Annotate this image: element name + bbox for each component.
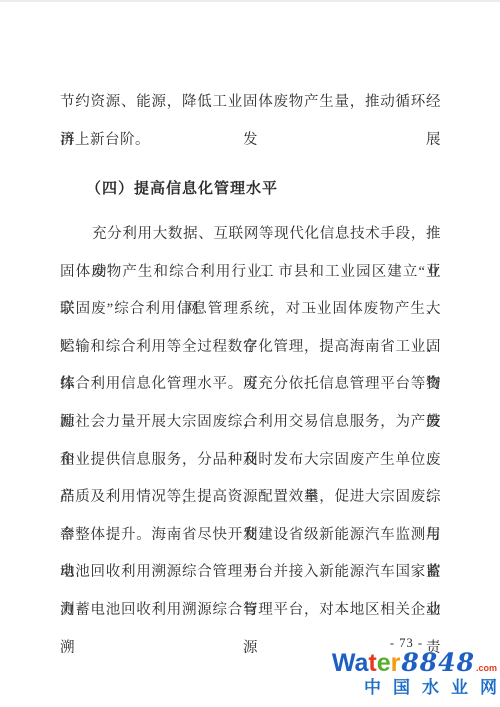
watermark-brand-row: Wa t e r 8848 .com [332,650,497,676]
watermark-site-name: 中国水业网 [332,679,500,696]
text-line: 固体废物产生和综合利用行业、市县和工业园区建立“互联网+大 [60,254,441,292]
text-line: 力蓄电池回收利用溯源综合管理平台，对本地区相关企业溯源责 [60,592,441,630]
brand-letter-r: r [391,651,401,676]
text-line: 电池回收利用溯源综合管理平台并接入新能源汽车国家监测与动 [60,554,441,592]
text-line: 率整体提升。海南省尽快开发建设省级新能源汽车监测与动力蓄 [60,517,441,555]
watermark-logo: Wa t e r 8848 .com 中国水业网 [332,650,497,696]
section-heading: （四）提高信息化管理水平 [60,181,278,197]
paragraph-main: 充分利用大数据、互联网等现代化信息技术手段，推动工业 固体废物产生和综合利用行业… [60,216,441,630]
text-line: 企业提供信息服务，分品种及时发布大宗固废产生单位、产生量、 [60,442,441,480]
brand-letter-t: t [368,651,376,676]
text-line: 运输和综合利用等全过程数字化管理，提高海南省工业固体废物 [60,329,441,367]
text-line: 励社会力量开展大宗固废综合利用交易信息服务，为产废和利废 [60,404,441,442]
text-line: 宗固废”综合利用信息管理系统，对工业固体废物产生、贮存、 [60,291,441,329]
paragraph-intro: 节约资源、能源，降低工业固体废物产生量，推动循环经济发展 再上新台阶。 [60,84,441,159]
document-page: 节约资源、能源，降低工业固体废物产生量，推动循环经济发展 再上新台阶。 （四）提… [0,0,500,707]
brand-letters-wa: Wa [332,651,369,676]
text-line: 充分利用大数据、互联网等现代化信息技术手段，推动工业 [60,216,441,254]
text-line: 综合利用信息化管理水平。可充分依托信息管理平台等资源，鼓 [60,366,441,404]
brand-tld: .com [476,664,497,673]
section-heading-block: （四）提高信息化管理水平 [60,171,441,209]
text-line: 品质及利用情况等，提高资源配置效率，促进大宗固废综合利用 [60,479,441,517]
scan-edge-artifact [0,0,500,2]
brand-number: 8848 [401,650,475,675]
brand-letter-e: e [377,651,391,676]
text-line: 节约资源、能源，降低工业固体废物产生量，推动循环经济发展 [60,84,441,122]
